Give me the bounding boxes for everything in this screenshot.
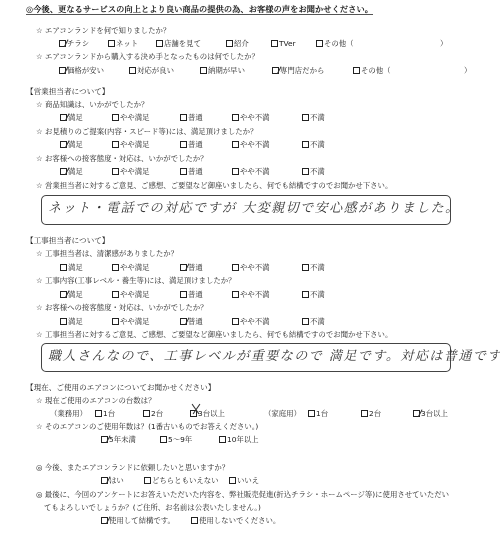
- option-label: 不満: [310, 141, 325, 148]
- checkbox-icon[interactable]: [108, 40, 115, 47]
- rating-satisfied[interactable]: 満足: [60, 264, 83, 271]
- checkbox-icon[interactable]: [232, 318, 239, 325]
- rating-somewhat-dissatisfied[interactable]: やや不満: [232, 168, 270, 175]
- checkbox-icon[interactable]: [112, 168, 119, 175]
- option-label: 使用して結構です。: [109, 517, 175, 524]
- rating-somewhat-dissatisfied[interactable]: やや不満: [232, 318, 270, 325]
- option-label: やや不満: [240, 168, 270, 175]
- rating-neutral[interactable]: 普通: [180, 291, 203, 298]
- option-referral[interactable]: 紹介: [226, 40, 249, 47]
- answer-no[interactable]: いいえ: [229, 477, 259, 484]
- home-3plus-units[interactable]: 3台以上: [413, 410, 448, 417]
- checkbox-checked-icon[interactable]: [101, 477, 108, 484]
- option-store[interactable]: 店舗を見て: [156, 40, 201, 47]
- checkbox-icon[interactable]: [308, 410, 315, 417]
- checkbox-icon[interactable]: [60, 264, 67, 271]
- checkbox-icon[interactable]: [95, 410, 102, 417]
- checkbox-icon[interactable]: [316, 40, 323, 47]
- option-label: TVer: [279, 40, 296, 47]
- consent-deny[interactable]: 使用しないでください。: [191, 517, 280, 524]
- rating-somewhat-dissatisfied[interactable]: やや不満: [232, 264, 270, 271]
- rating-dissatisfied[interactable]: 不満: [302, 114, 325, 121]
- option-label: はい: [109, 477, 124, 484]
- option-label: 価格が安い: [67, 67, 104, 74]
- checkbox-icon[interactable]: [112, 141, 119, 148]
- home-use-label: （家庭用）: [264, 410, 301, 417]
- checkbox-icon[interactable]: [156, 40, 163, 47]
- option-label: 普通: [188, 318, 203, 325]
- question-work-quality: ☆ 工事内容(工事レベル・養生等)には、満足頂けましたか？: [36, 277, 236, 284]
- rating-dissatisfied[interactable]: 不満: [302, 264, 325, 271]
- rating-dissatisfied[interactable]: 不満: [302, 141, 325, 148]
- rating-neutral[interactable]: 普通: [180, 141, 203, 148]
- rating-dissatisfied[interactable]: 不満: [302, 318, 325, 325]
- sales-comment-prompt: ☆ 営業担当者に対するご意見、ご感想、ご要望など御座いましたら、何でも結構ですの…: [36, 182, 392, 189]
- option-label: やや不満: [240, 114, 270, 121]
- checkbox-icon[interactable]: [112, 264, 119, 271]
- checkbox-checked-icon[interactable]: [272, 67, 279, 74]
- checkbox-icon[interactable]: [302, 114, 309, 121]
- option-label: 満足: [68, 168, 83, 175]
- checkbox-icon[interactable]: [219, 436, 226, 443]
- checkbox-icon[interactable]: [232, 264, 239, 271]
- checkbox-icon[interactable]: [60, 318, 67, 325]
- option-label: 不満: [310, 318, 325, 325]
- option-label: 1台: [103, 410, 115, 417]
- option-label: その他（: [324, 40, 354, 47]
- checkbox-icon[interactable]: [200, 67, 207, 74]
- option-label: 普通: [188, 168, 203, 175]
- option-label: いいえ: [237, 477, 259, 484]
- checkbox-checked-icon[interactable]: [59, 67, 66, 74]
- checkbox-checked-icon[interactable]: [180, 264, 187, 271]
- checkbox-icon[interactable]: [232, 114, 239, 121]
- question-sales-attitude: ☆ お客様への接客態度・対応は、いかがでしたか？: [36, 155, 208, 162]
- checkbox-checked-icon[interactable]: [413, 410, 420, 417]
- rating-neutral[interactable]: 普通: [180, 264, 203, 271]
- option-label: やや満足: [120, 114, 150, 121]
- section-aircon-heading: 【現在、ご使用のエアコンについてお聞かせください】: [26, 384, 215, 392]
- rating-somewhat-satisfied[interactable]: やや満足: [112, 168, 150, 175]
- checkbox-checked-icon[interactable]: [101, 436, 108, 443]
- rating-satisfied[interactable]: 満足: [60, 168, 83, 175]
- option-label: やや不満: [240, 318, 270, 325]
- checkbox-icon[interactable]: [160, 436, 167, 443]
- option-label: 満足: [68, 114, 83, 121]
- checkbox-crossed-icon[interactable]: [190, 410, 197, 417]
- checkbox-icon[interactable]: [144, 477, 151, 484]
- option-flyer[interactable]: チラシ: [59, 40, 89, 47]
- rating-satisfied[interactable]: 満足: [60, 114, 83, 121]
- checkbox-checked-icon[interactable]: [59, 40, 66, 47]
- checkbox-icon[interactable]: [232, 168, 239, 175]
- sales-comment-text: ネット・電話での対応ですが 大変親切で安心感がありました。: [48, 202, 460, 215]
- option-label: 3台以上: [198, 410, 225, 417]
- rating-somewhat-satisfied[interactable]: やや満足: [112, 264, 150, 271]
- option-label: 普通: [188, 141, 203, 148]
- checkbox-icon[interactable]: [302, 264, 309, 271]
- checkbox-icon[interactable]: [302, 168, 309, 175]
- option-label: 使用しないでください。: [199, 517, 280, 524]
- consent-allow[interactable]: 使用して結構です。: [101, 517, 175, 524]
- question-request-again: ◎ 今後、またエアコンランドに依頼したいと思いますか？: [36, 464, 229, 471]
- option-label: 対応が良い: [137, 67, 174, 74]
- option-label: 納期が早い: [208, 67, 245, 74]
- construction-comment-prompt: ☆ 工事担当者に対するご意見、ご感想、ご要望など御座いましたら、何でも結構ですの…: [36, 331, 392, 338]
- question-cleanliness: ☆ 工事担当者は、清潔感がありましたか？: [36, 250, 178, 257]
- checkbox-icon[interactable]: [180, 168, 187, 175]
- option-label: 普通: [188, 114, 203, 121]
- question-how-heard: ☆ エアコンランドを何で知りましたか？: [36, 27, 170, 34]
- option-specialty-store[interactable]: 専門店だから: [272, 67, 324, 74]
- option-label: ネット: [116, 40, 138, 47]
- option-tver[interactable]: TVer: [271, 40, 296, 47]
- option-label: 専門店だから: [280, 67, 324, 74]
- option-label: 1台: [316, 410, 328, 417]
- checkbox-checked-icon[interactable]: [101, 517, 108, 524]
- consent-question-line1: ◎ 最後に、今回のアンケートにお答えいただいた内容を、弊社販売促進(折込チラシ・…: [36, 491, 449, 498]
- question-years-used: ☆ そのエアコンのご使用年数は？(1番古いものでお答えください。): [36, 423, 258, 430]
- option-label: 10年以上: [227, 436, 259, 443]
- option-label: 満足: [68, 141, 83, 148]
- checkbox-icon[interactable]: [302, 291, 309, 298]
- rating-somewhat-dissatisfied[interactable]: やや不満: [232, 114, 270, 121]
- rating-somewhat-dissatisfied[interactable]: やや不満: [232, 141, 270, 148]
- option-label: 普通: [188, 291, 203, 298]
- other-close-paren: ）: [440, 40, 447, 47]
- business-3plus-units[interactable]: 3台以上: [190, 410, 225, 417]
- option-label: やや不満: [240, 141, 270, 148]
- business-use-label: （業務用）: [50, 410, 87, 417]
- question-construction-attitude: ☆ お客様への接客態度・対応は、いかがでしたか？: [36, 304, 208, 311]
- option-delivery[interactable]: 納期が早い: [200, 67, 245, 74]
- option-internet[interactable]: ネット: [108, 40, 138, 47]
- rating-neutral[interactable]: 普通: [180, 318, 203, 325]
- rating-dissatisfied[interactable]: 不満: [302, 291, 325, 298]
- rating-satisfied[interactable]: 満足: [60, 291, 83, 298]
- checkbox-checked-icon[interactable]: [60, 141, 67, 148]
- checkbox-checked-icon[interactable]: [60, 291, 67, 298]
- checkbox-icon[interactable]: [229, 477, 236, 484]
- checkbox-icon[interactable]: [232, 141, 239, 148]
- rating-satisfied[interactable]: 満足: [60, 318, 83, 325]
- option-label: 5～9年: [168, 436, 192, 443]
- business-1-unit[interactable]: 1台: [95, 410, 115, 417]
- option-label: 不満: [310, 168, 325, 175]
- option-label: 2台: [151, 410, 163, 417]
- option-label: チラシ: [67, 40, 89, 47]
- rating-neutral[interactable]: 普通: [180, 114, 203, 121]
- business-2-units[interactable]: 2台: [143, 410, 163, 417]
- checkbox-icon[interactable]: [129, 67, 136, 74]
- question-deciding-factor: ☆ エアコンランドから購入する決め手となったものは何でしたか？: [36, 53, 259, 60]
- option-label: 不満: [310, 264, 325, 271]
- checkbox-icon[interactable]: [180, 291, 187, 298]
- years-5-to-9[interactable]: 5～9年: [160, 436, 192, 443]
- checkbox-icon[interactable]: [302, 141, 309, 148]
- option-other[interactable]: その他（: [316, 40, 354, 47]
- rating-somewhat-satisfied[interactable]: やや満足: [112, 114, 150, 121]
- checkbox-icon[interactable]: [226, 40, 233, 47]
- option-label: 不満: [310, 114, 325, 121]
- construction-comment-text: 職人さんなので、工事レベルが重要なので 満足です。対応は普通です。: [48, 350, 500, 363]
- checkbox-icon[interactable]: [112, 114, 119, 121]
- rating-somewhat-satisfied[interactable]: やや満足: [112, 318, 150, 325]
- option-label: やや不満: [240, 291, 270, 298]
- option-label: その他（: [361, 67, 391, 74]
- rating-somewhat-satisfied[interactable]: やや満足: [112, 291, 150, 298]
- option-label: 店舗を見て: [164, 40, 201, 47]
- checkbox-checked-icon[interactable]: [60, 114, 67, 121]
- option-label: 普通: [188, 264, 203, 271]
- question-estimate-proposal: ☆ お見積りのご提案(内容・スピード等)には、満足頂けましたか？: [36, 128, 257, 135]
- question-unit-count: ☆ 現在ご使用のエアコンの台数は？: [36, 397, 155, 404]
- section-sales-heading: 【営業担当者について】: [26, 88, 109, 96]
- option-label: やや満足: [120, 264, 150, 271]
- rating-somewhat-satisfied[interactable]: やや満足: [112, 141, 150, 148]
- option-label: 3台以上: [421, 410, 448, 417]
- answer-neither[interactable]: どちらともいえない: [144, 477, 219, 484]
- survey-title: ◎今後、更なるサービスの向上とより良い商品の提供の為、お客様の声をお聞かせくださ…: [26, 5, 373, 15]
- years-10-plus[interactable]: 10年以上: [219, 436, 259, 443]
- option-label: 満足: [68, 264, 83, 271]
- option-label: やや不満: [240, 264, 270, 271]
- rating-satisfied[interactable]: 満足: [60, 141, 83, 148]
- checkbox-icon[interactable]: [112, 291, 119, 298]
- section-construction-heading: 【工事担当者について】: [26, 237, 109, 245]
- option-label: やや満足: [120, 168, 150, 175]
- years-under-5[interactable]: 5年未満: [101, 436, 136, 443]
- checkbox-icon[interactable]: [353, 67, 360, 74]
- option-label: 紹介: [234, 40, 249, 47]
- option-label: 2台: [369, 410, 381, 417]
- option-label: 満足: [68, 318, 83, 325]
- other-close-paren: ）: [464, 67, 471, 74]
- checkbox-icon[interactable]: [361, 410, 368, 417]
- checkbox-icon[interactable]: [180, 114, 187, 121]
- option-label: 不満: [310, 291, 325, 298]
- option-label: 満足: [68, 291, 83, 298]
- checkbox-icon[interactable]: [271, 40, 278, 47]
- checkbox-icon[interactable]: [143, 410, 150, 417]
- checkbox-checked-icon[interactable]: [180, 318, 187, 325]
- home-2-units[interactable]: 2台: [361, 410, 381, 417]
- option-label: どちらともいえない: [152, 477, 219, 484]
- checkbox-icon[interactable]: [302, 318, 309, 325]
- question-product-knowledge: ☆ 商品知識は、いかがでしたか？: [36, 101, 148, 108]
- checkbox-checked-icon[interactable]: [60, 168, 67, 175]
- option-label: やや満足: [120, 291, 150, 298]
- checkbox-icon[interactable]: [112, 318, 119, 325]
- consent-question-line2: てもよろしいでしょうか？(ご住所、お名前は公表いたしません。): [44, 504, 261, 511]
- option-service[interactable]: 対応が良い: [129, 67, 174, 74]
- home-1-unit[interactable]: 1台: [308, 410, 328, 417]
- option-label: 5年未満: [109, 436, 136, 443]
- rating-neutral[interactable]: 普通: [180, 168, 203, 175]
- option-price[interactable]: 価格が安い: [59, 67, 104, 74]
- option-label: やや満足: [120, 318, 150, 325]
- rating-somewhat-dissatisfied[interactable]: やや不満: [232, 291, 270, 298]
- answer-yes[interactable]: はい: [101, 477, 124, 484]
- checkbox-icon[interactable]: [180, 141, 187, 148]
- option-label: やや満足: [120, 141, 150, 148]
- checkbox-icon[interactable]: [191, 517, 198, 524]
- rating-dissatisfied[interactable]: 不満: [302, 168, 325, 175]
- checkbox-icon[interactable]: [232, 291, 239, 298]
- option-other[interactable]: その他（: [353, 67, 391, 74]
